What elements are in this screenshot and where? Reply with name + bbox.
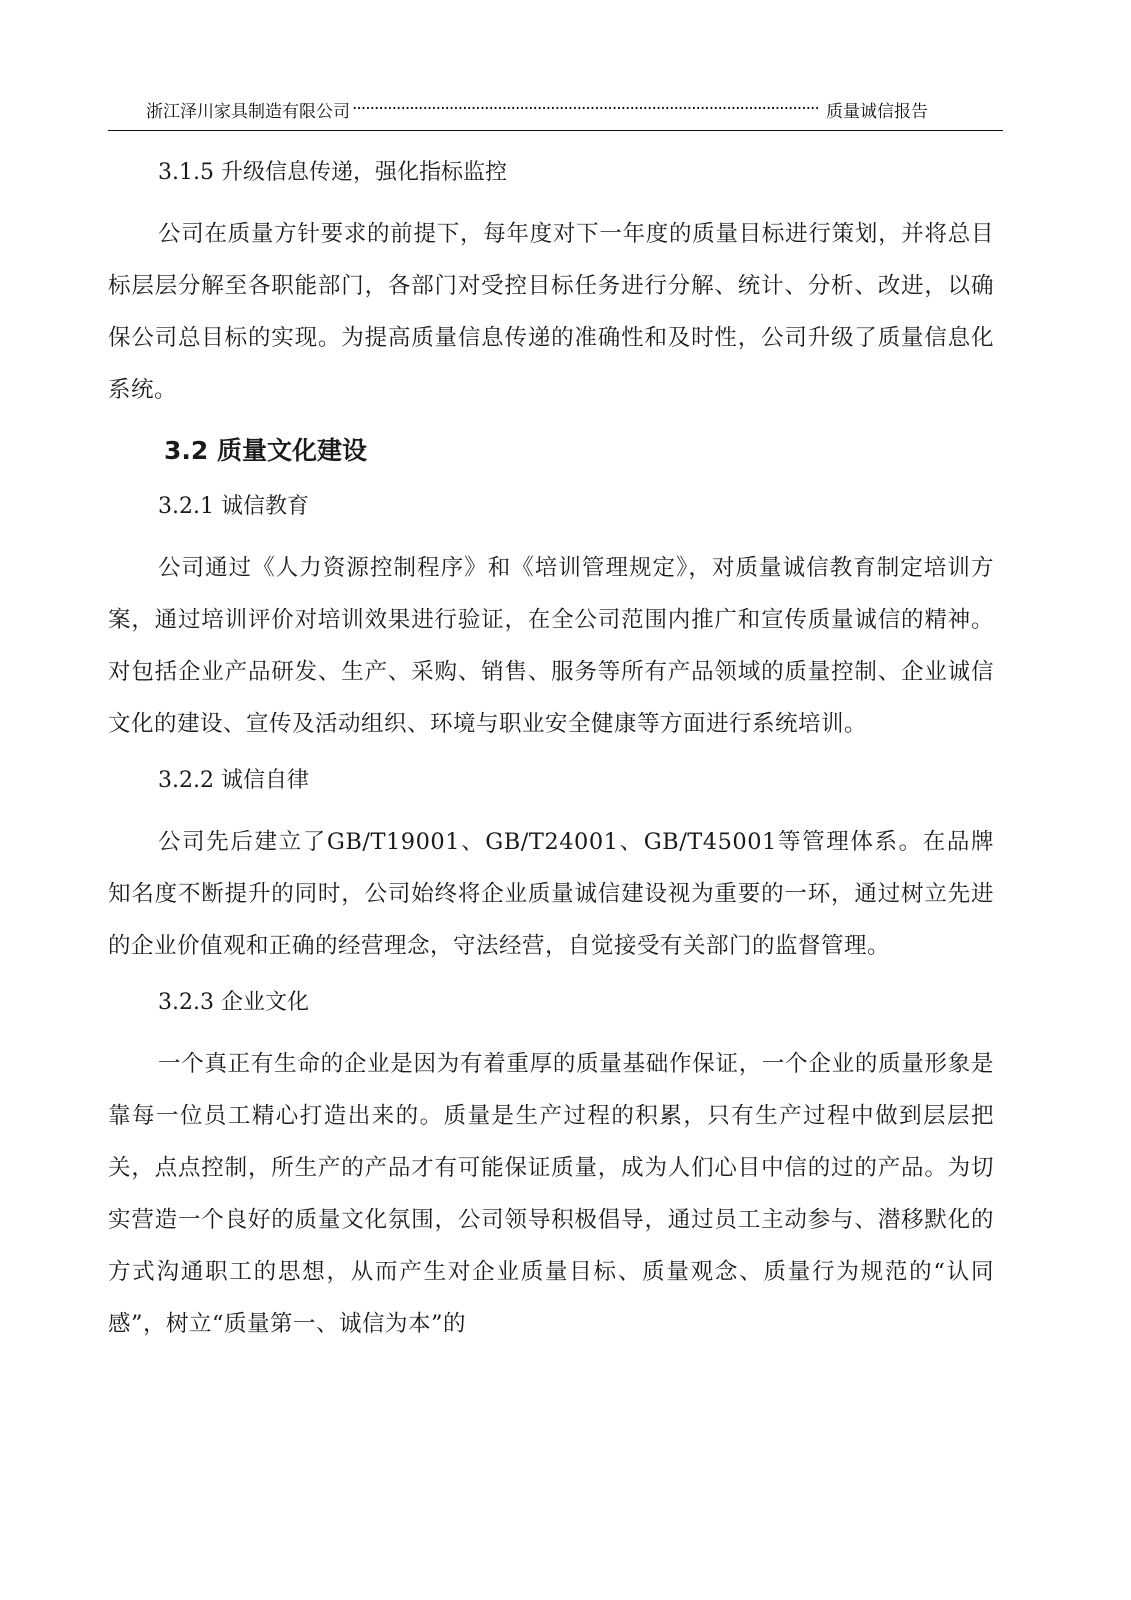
section-heading: 3.2.1 诚信教育 (108, 484, 994, 530)
page-header: 浙江泽川家具制造有限公司 ···························… (108, 88, 1003, 131)
document-body: 3.1.5 升级信息传递，强化指标监控 公司在质量方针要求的前提下，每年度对下一… (108, 150, 994, 1350)
section-paragraph: 公司在质量方针要求的前提下，每年度对下一年度的质量目标进行策划，并将总目标层层分… (108, 208, 994, 416)
header-dot-leader: ········································… (352, 99, 824, 119)
section-heading: 3.1.5 升级信息传递，强化指标监控 (108, 150, 994, 196)
section-heading: 3.2.2 诚信自律 (108, 758, 994, 804)
section-paragraph: 公司先后建立了GB/T19001、GB/T24001、GB/T45001等管理体… (108, 816, 994, 972)
section-3-2-1: 3.2.1 诚信教育 公司通过《人力资源控制程序》和《培训管理规定》，对质量诚信… (108, 484, 994, 750)
chapter-heading-3-2: 3.2 质量文化建设 (108, 426, 994, 476)
section-paragraph: 公司通过《人力资源控制程序》和《培训管理规定》，对质量诚信教育制定培训方案，通过… (108, 542, 994, 750)
section-3-1-5: 3.1.5 升级信息传递，强化指标监控 公司在质量方针要求的前提下，每年度对下一… (108, 150, 994, 416)
header-company-name: 浙江泽川家具制造有限公司 (108, 97, 350, 122)
section-paragraph: 一个真正有生命的企业是因为有着重厚的质量基础作保证，一个企业的质量形象是靠每一位… (108, 1038, 994, 1350)
section-heading: 3.2.3 企业文化 (108, 980, 994, 1026)
section-3-2-2: 3.2.2 诚信自律 公司先后建立了GB/T19001、GB/T24001、GB… (108, 758, 994, 972)
header-report-title: 质量诚信报告 (826, 97, 1003, 122)
section-3-2-3: 3.2.3 企业文化 一个真正有生命的企业是因为有着重厚的质量基础作保证，一个企… (108, 980, 994, 1350)
